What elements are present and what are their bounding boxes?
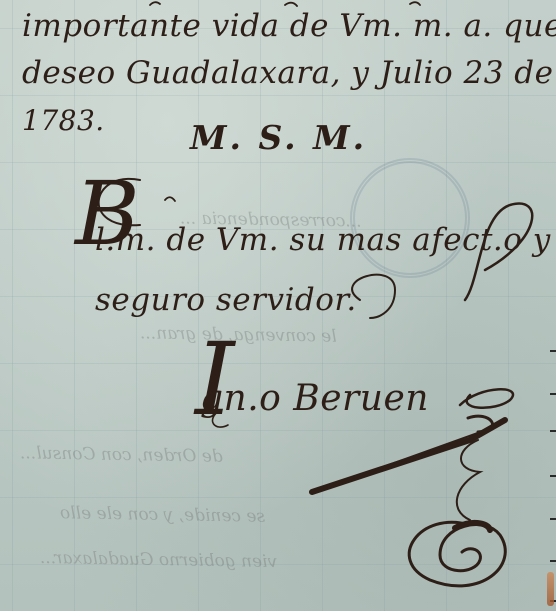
bleed-through-line: se cenide, y con ele ello (60, 503, 265, 527)
text-line-place-date: deseo Guadalaxara, y Julio 23 de (22, 55, 553, 91)
signature-name: gn.o Beruen (200, 378, 429, 419)
bleed-through-line: de Orden, con Consul... (20, 443, 223, 467)
manuscript-page: le convenga, de gran... ...correspondenc… (0, 0, 556, 611)
page-edge-marks (548, 0, 556, 611)
text-line-vida: importante vida de Vm. m. a. que (22, 8, 556, 44)
bleed-through-line: vien gobierno Guadalaxar... (40, 548, 277, 572)
faded-seal-stamp (350, 158, 470, 278)
text-line-year: 1783. (22, 104, 105, 137)
edge-rust-stain (547, 572, 554, 606)
bleed-through-line: le convenga, de gran... (140, 323, 337, 346)
text-line-servidor: seguro servidor. (95, 282, 357, 318)
text-line-blm: l.m. de Vm. su mas afect.o y (95, 222, 551, 258)
salutation-abbreviation: M. S. M. (190, 118, 367, 157)
